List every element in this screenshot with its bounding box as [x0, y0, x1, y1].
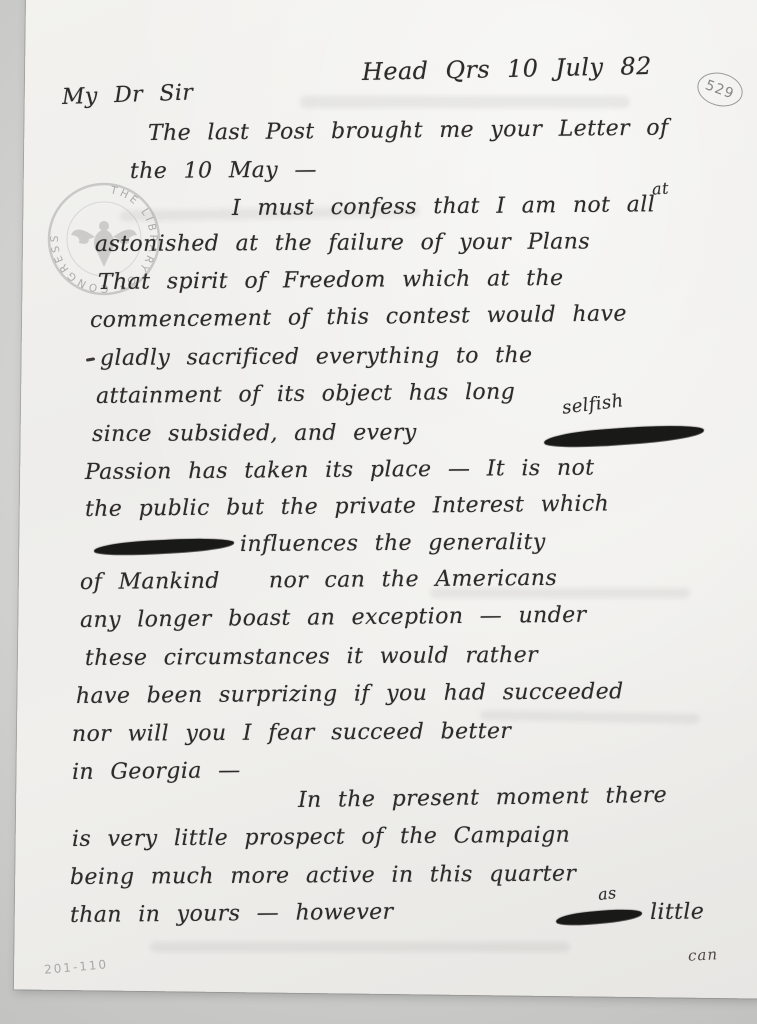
insertion-word-as: as — [597, 883, 617, 904]
letter-line: astonished at the failure of your Plans — [95, 229, 590, 257]
scanned-letter-page: THE LIBRARY OF CONGRESS 529 Head Qrs 10 … — [0, 0, 757, 1024]
redaction-strike — [544, 422, 705, 449]
letter-line: than in yours — however — [70, 900, 394, 928]
letter-salutation: My Dr Sir — [62, 80, 194, 110]
letter-line: That spirit of Freedom which at the — [98, 266, 564, 295]
letter-line: the 10 May — — [130, 158, 317, 184]
letter-line: any longer boast an exception — under — [80, 603, 587, 633]
letter-line: being much more active in this quarter — [70, 861, 576, 890]
insertion-word-selfish: selfish — [561, 390, 625, 418]
letter-line: nor will you I fear succeed better — [72, 719, 511, 747]
letter-line: have been surprizing if you had succeede… — [76, 679, 624, 709]
stray-ink-mark — [86, 357, 95, 362]
letter-line: the public but the private Interest whic… — [85, 492, 609, 522]
letter-line: Passion has taken its place — It is not — [85, 456, 595, 485]
letter-line: influences the generality — [240, 530, 546, 557]
letter-dateline: Head Qrs 10 July 82 — [362, 52, 652, 86]
redaction-strike — [94, 536, 234, 556]
letter-line: these circumstances it would rather — [85, 643, 538, 671]
letter-line: of Mankind nor can the Americans — [80, 566, 557, 595]
letter-line: The last Post brought me your Letter of — [148, 116, 669, 146]
letter-line: attainment of its object has long — [96, 380, 515, 409]
handwriting-layer: Head Qrs 10 July 82 My Dr Sir The last P… — [0, 0, 757, 1024]
insertion-word-at: at — [651, 178, 669, 198]
letter-line: in Georgia — — [72, 758, 241, 785]
pencil-catalog-note: 201-110 — [44, 957, 109, 977]
letter-line: gladly sacrificed everything to the — [100, 343, 533, 371]
redaction-strike — [556, 907, 643, 926]
letter-line: is very little prospect of the Campaign — [72, 823, 570, 852]
letter-line: In the present moment there — [298, 783, 667, 813]
letter-line: I must confess that I am not all — [232, 192, 655, 221]
letter-line: commencement of this contest would have — [90, 301, 627, 333]
letter-line: little — [650, 899, 704, 925]
catchword: can — [688, 945, 719, 965]
letter-line: since subsided, and every — [92, 420, 417, 447]
